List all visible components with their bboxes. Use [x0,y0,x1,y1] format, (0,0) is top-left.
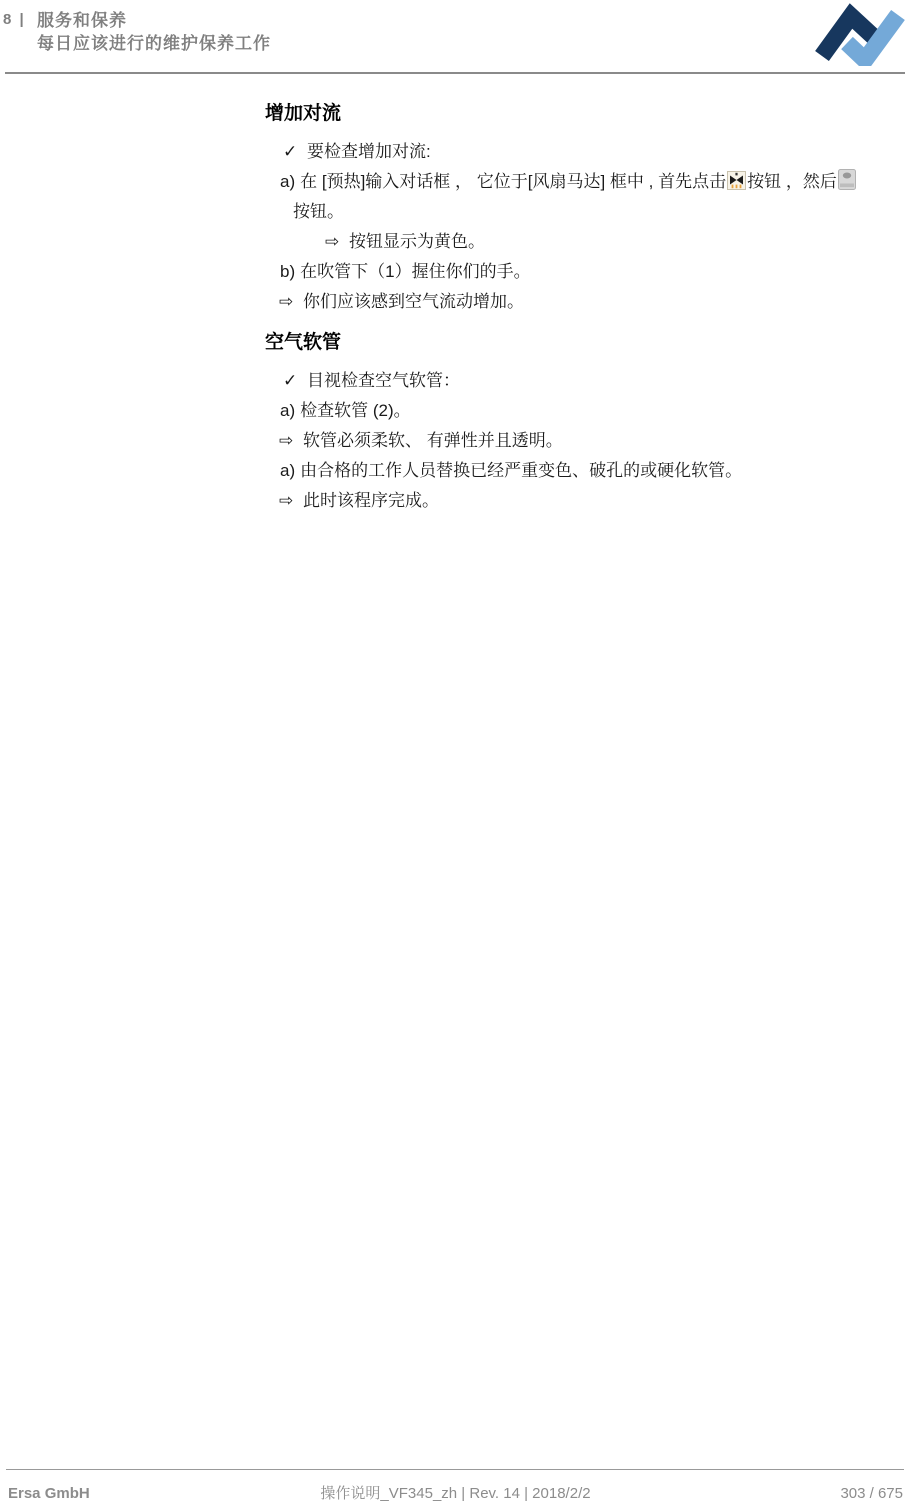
step-text-part2: 按钮 ，然后 [747,172,837,191]
step-b-line: b)在吹管下（1）握住你们的手。 [280,257,909,287]
header-chapter-title: 服务和保养 [37,9,271,32]
prerequisite-text: 目视检查空气软管： [307,371,460,390]
step-marker: a) [280,401,295,420]
hose-step-line: a)检查软管 (2)。 [280,396,909,426]
result-text: 此时该程序完成。 [303,491,439,510]
result-text: 按钮显示为黄色。 [349,232,485,251]
footer-divider [6,1469,904,1470]
manual-page: 8 | 服务和保养 每日应该进行的维护保养工作 增加对流 ✓要检查增加对流: a… [0,0,909,1509]
header-titles: 服务和保养 每日应该进行的维护保养工作 [37,9,271,55]
page-content: 增加对流 ✓要检查增加对流: a)在 [预热]输入对话框 ， 它位于[风扇马达]… [265,103,909,516]
step-text: 在吹管下（1）握住你们的手。 [300,262,530,281]
step-a-result-line: ⇨按钮显示为黄色。 [325,227,909,257]
footer-page-number: 303 / 675 [693,1485,903,1502]
result-arrow-icon: ⇨ [279,287,303,317]
header-section-title: 每日应该进行的维护保养工作 [37,32,271,55]
procedure-complete-line: ⇨此时该程序完成。 [279,486,909,516]
prerequisite-line: ✓目视检查空气软管： [283,366,909,396]
footer-document-info: 操作说明_VF345_zh | Rev. 14 | 2018/2/2 [218,1482,693,1503]
step-a-line: a)在 [预热]输入对话框 ， 它位于[风扇马达] 框中 , 首先点击按钮 ，然… [280,167,909,227]
result-arrow-icon: ⇨ [279,486,303,516]
check-icon: ✓ [283,366,307,396]
check-icon: ✓ [283,137,307,167]
prerequisite-line: ✓要检查增加对流: [283,137,909,167]
section-title-convection: 增加对流 [265,103,909,124]
ersa-logo-icon [813,3,905,66]
step-text-part1: 在 [预热]输入对话框 ， 它位于[风扇马达] 框中 , 首先点击 [300,172,726,191]
step-text: 检查软管 (2)。 [300,401,411,420]
prerequisite-text: 要检查增加对流: [307,142,431,161]
page-footer: Ersa GmbH 操作说明_VF345_zh | Rev. 14 | 2018… [8,1482,903,1503]
hose-result-line: ⇨软管必须柔软、 有弹性并且透明。 [279,426,909,456]
step-marker: a) [280,172,295,191]
hose-replace-step-line: a)由合格的工作人员替换已经严重变色、破孔的或硬化软管。 [280,456,909,486]
step-marker: a) [280,461,295,480]
step-marker: b) [280,262,295,281]
result-arrow-icon: ⇨ [279,426,303,456]
step-text: 由合格的工作人员替换已经严重变色、破孔的或硬化软管。 [300,461,742,480]
section-title-air-hose: 空气软管 [265,332,909,353]
result-arrow-icon: ⇨ [325,227,349,257]
section1-result-line: ⇨你们应该感到空气流动增加。 [279,287,909,317]
footer-company: Ersa GmbH [8,1485,218,1502]
result-text: 你们应该感到空气流动增加。 [303,292,524,311]
step-text-continuation: 按钮。 [293,197,909,227]
header-divider [5,72,905,74]
convection-fan-button-icon [727,171,746,190]
result-text: 软管必须柔软、 有弹性并且透明。 [303,431,563,450]
disabled-fan-button-icon [838,169,856,190]
chapter-number: 8 | [3,11,26,28]
